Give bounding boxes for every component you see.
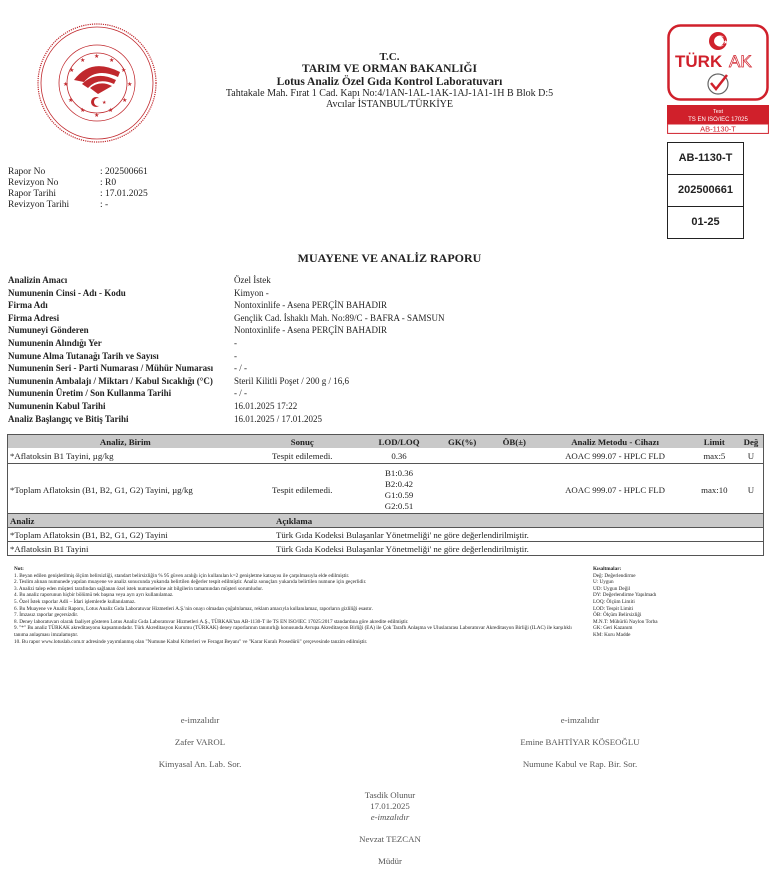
note-item: 6. Bu Muayene ve Analiz Raporu, Lotus An… xyxy=(14,606,574,613)
note-item: 7. İmzasız raporlar geçersizdir. xyxy=(14,612,574,619)
info-label: Firma Adı xyxy=(8,299,234,312)
info-row: Numunenin Kabul Tarihi16.01.2025 17:22 xyxy=(8,400,445,413)
col-header: LOD/LOQ xyxy=(362,435,436,449)
col-header: Analiz Metodu - Cihazı xyxy=(540,435,689,449)
abbreviation-item: ÖB: Ölçüm Belirsizliği xyxy=(593,612,658,619)
lab-city: Avcılar İSTANBUL/TÜRKİYE xyxy=(0,99,779,110)
col-header: GK(%) xyxy=(436,435,488,449)
info-value: Gençlik Cad. İshaklı Mah. No:89/C - BAFR… xyxy=(234,312,445,325)
info-row: Numunenin Ambalajı / Miktarı / Kabul Sıc… xyxy=(8,375,445,388)
cell-lod: 0.36 xyxy=(362,448,436,464)
lab-name: Lotus Analiz Özel Gıda Kontrol Laboratuv… xyxy=(0,76,779,89)
info-row: Numunenin Üretim / Son Kullanma Tarihi- … xyxy=(8,387,445,400)
note-item: 3. Analizi talep eden müşteri tarafından… xyxy=(14,586,574,593)
info-label: Numunenin Cinsi - Adı - Kodu xyxy=(8,287,234,300)
svg-text:TÜRK: TÜRK xyxy=(675,52,723,71)
info-row: Numunenin Cinsi - Adı - KoduKimyon - xyxy=(8,287,445,300)
abbreviation-item: KM: Kuru Madde xyxy=(593,632,658,639)
info-label: Numunenin Kabul Tarihi xyxy=(8,400,234,413)
col-header: Değ xyxy=(739,435,764,449)
abbreviations: Kısaltmalar: Değ: DeğerlendirmeU: UygunU… xyxy=(593,566,658,639)
meta-label: Rapor No xyxy=(8,167,100,178)
signatory-name: Zafer VAROL xyxy=(120,737,280,748)
signatory-name: Nevzat TEZCAN xyxy=(310,834,470,845)
abbreviation-item: M.N.T: Mühürlü Naylon Torba xyxy=(593,619,658,626)
meta-value: : R0 xyxy=(100,178,116,189)
col-header: Sonuç xyxy=(243,435,362,449)
info-value: Nontoxinlife - Asena PERÇİN BAHADIR xyxy=(234,299,387,312)
info-value: Steril Kilitli Poşet / 200 g / 16,6 xyxy=(234,375,349,388)
accreditation-code-box: AB-1130-T 202500661 01-25 xyxy=(667,142,744,239)
lab-header: T.C. TARIM VE ORMAN BAKANLIĞI Lotus Anal… xyxy=(0,52,779,110)
svg-text:Test: Test xyxy=(713,109,724,115)
accreditation-code: AB-1130-T xyxy=(668,143,743,175)
info-value: Özel İstek xyxy=(234,274,271,287)
cell-method: AOAC 999.07 - HPLC FLD xyxy=(540,464,689,517)
table-row: *Toplam Aflatoksin (B1, B2, G1, G2) Tayi… xyxy=(8,464,764,517)
col-header: Limit xyxy=(690,435,739,449)
abbreviation-item: Değ: Değerlendirme xyxy=(593,573,658,580)
table-row: *Aflatoksin B1 Tayini, µg/kg Tespit edil… xyxy=(8,448,764,464)
abbreviation-item: LOQ: Ölçüm Limiti xyxy=(593,599,658,606)
meta-value: : 17.01.2025 xyxy=(100,189,148,200)
signature-status: e-imzalıdır xyxy=(310,812,470,823)
svg-text:★: ★ xyxy=(723,39,728,46)
explanations-table: Analiz Açıklama *Toplam Aflatoksin (B1, … xyxy=(7,513,764,556)
meta-label: Revizyon No xyxy=(8,178,100,189)
cell-limit: max:5 xyxy=(690,448,739,464)
info-value: 16.01.2025 / 17.01.2025 xyxy=(234,413,322,426)
info-value: - xyxy=(234,337,237,350)
info-row: Numunenin Alındığı Yer- xyxy=(8,337,445,350)
info-label: Numunenin Ambalajı / Miktarı / Kabul Sıc… xyxy=(8,375,234,388)
note-item: 4. Bu analiz raporunun hiçbir bölümü tek… xyxy=(14,592,574,599)
approval-text: Tasdik Olunur xyxy=(310,790,470,801)
abbreviations-title: Kısaltmalar: xyxy=(593,566,658,573)
svg-text:TS EN ISO/IEC 17025: TS EN ISO/IEC 17025 xyxy=(688,117,748,123)
table-row: *Aflatoksin B1 Tayini Türk Gıda Kodeksi … xyxy=(8,542,764,556)
svg-text:AB-1130-T: AB-1130-T xyxy=(700,125,736,134)
abbreviation-item: U: Uygun xyxy=(593,579,658,586)
cell-analysis: *Aflatoksin B1 Tayini xyxy=(8,542,275,556)
col-header: Analiz, Birim xyxy=(8,435,243,449)
cell-analysis: *Toplam Aflatoksin (B1, B2, G1, G2) Tayi… xyxy=(8,528,275,542)
table-row: *Toplam Aflatoksin (B1, B2, G1, G2) Tayi… xyxy=(8,528,764,542)
cell-limit: max:10 xyxy=(690,464,739,517)
note-item: 10. Bu rapor www.lotuslab.com.tr adresin… xyxy=(14,639,574,646)
info-value: Kimyon - xyxy=(234,287,269,300)
sample-info: Analizin AmacıÖzel İstekNumunenin Cinsi … xyxy=(8,274,445,425)
info-row: Analiz Başlangıç ve Bitiş Tarihi16.01.20… xyxy=(8,413,445,426)
signatory-name: Emine BAHTİYAR KÖSEOĞLU xyxy=(480,737,680,748)
signature-status: e-imzalıdır xyxy=(480,715,680,726)
abbreviation-item: DY: Değerlendirme Yapılmadı xyxy=(593,592,658,599)
info-value: Nontoxinlife - Asena PERÇİN BAHADIR xyxy=(234,324,387,337)
signature-center: Tasdik Olunur 17.01.2025 e-imzalıdır Nev… xyxy=(310,790,470,867)
info-label: Numunenin Alındığı Yer xyxy=(8,337,234,350)
cell-lod: B1:0.36 B2:0.42 G1:0.59 G2:0.51 xyxy=(362,464,436,517)
abbreviation-item: GK: Geri Kazanım xyxy=(593,625,658,632)
header-tc: T.C. xyxy=(0,52,779,63)
note-item: 2. Teslim alınan numunede yapılan muayen… xyxy=(14,579,574,586)
info-row: Numuneyi GönderenNontoxinlife - Asena PE… xyxy=(8,324,445,337)
col-header: Açıklama xyxy=(274,514,764,528)
turkak-accreditation-logo: ★ TÜRK AK Test TS EN ISO/IEC 17025 AB-11… xyxy=(667,24,769,134)
svg-text:★: ★ xyxy=(94,112,99,119)
signature-left: e-imzalıdır Zafer VAROL Kimyasal An. Lab… xyxy=(120,715,280,781)
info-row: Numune Alma Tutanağı Tarih ve Sayısı- xyxy=(8,350,445,363)
svg-text:AK: AK xyxy=(729,52,752,71)
signatory-role: Müdür xyxy=(310,856,470,867)
results-header-row: Analiz, Birim Sonuç LOD/LOQ GK(%) ÖB(±) … xyxy=(8,435,764,449)
info-label: Firma Adresi xyxy=(8,312,234,325)
info-value: 16.01.2025 17:22 xyxy=(234,400,297,413)
info-value: - xyxy=(234,350,237,363)
info-label: Analiz Başlangıç ve Bitiş Tarihi xyxy=(8,413,234,426)
lod-value: B2:0.42 xyxy=(364,479,434,490)
signatory-role: Kimyasal An. Lab. Sor. xyxy=(120,759,280,770)
cell-evaluation: U xyxy=(739,464,764,517)
cell-gk xyxy=(436,448,488,464)
signature-right: e-imzalıdır Emine BAHTİYAR KÖSEOĞLU Numu… xyxy=(480,715,680,781)
meta-value: : - xyxy=(100,200,108,211)
results-table: Analiz, Birim Sonuç LOD/LOQ GK(%) ÖB(±) … xyxy=(7,434,764,517)
cell-evaluation: U xyxy=(739,448,764,464)
report-number-box: 202500661 xyxy=(668,175,743,207)
signatory-role: Numune Kabul ve Rap. Bir. Sor. xyxy=(480,759,680,770)
cell-explanation: Türk Gıda Kodeksi Bulaşanlar Yönetmeliği… xyxy=(274,528,764,542)
lod-value: G2:0.51 xyxy=(364,501,434,512)
cell-result: Tespit edilemedi. xyxy=(243,448,362,464)
meta-label: Rapor Tarihi xyxy=(8,189,100,200)
approval-date: 17.01.2025 xyxy=(310,801,470,812)
info-value: - / - xyxy=(234,387,247,400)
cell-method: AOAC 999.07 - HPLC FLD xyxy=(540,448,689,464)
lod-value: G1:0.59 xyxy=(364,490,434,501)
report-title: MUAYENE VE ANALİZ RAPORU xyxy=(0,251,779,266)
signature-status: e-imzalıdır xyxy=(120,715,280,726)
cell-analysis: *Toplam Aflatoksin (B1, B2, G1, G2) Tayi… xyxy=(8,464,243,517)
info-label: Numunenin Seri - Parti Numarası / Mühür … xyxy=(8,362,234,375)
info-row: Firma AdresiGençlik Cad. İshaklı Mah. No… xyxy=(8,312,445,325)
cell-analysis: *Aflatoksin B1 Tayini, µg/kg xyxy=(8,448,243,464)
notes: Not: 1. Beyan edilen genişletilmiş ölçüm… xyxy=(14,566,574,645)
cell-ob xyxy=(488,464,540,517)
cell-result: Tespit edilemedi. xyxy=(243,464,362,517)
lod-value: B1:0.36 xyxy=(364,468,434,479)
info-row: Analizin AmacıÖzel İstek xyxy=(8,274,445,287)
info-row: Numunenin Seri - Parti Numarası / Mühür … xyxy=(8,362,445,375)
meta-value: : 202500661 xyxy=(100,167,148,178)
meta-label: Revizyon Tarihi xyxy=(8,200,100,211)
note-item: 5. Özel İstek raporlar Adli – İdari işle… xyxy=(14,599,574,606)
col-header: Analiz xyxy=(8,514,275,528)
info-label: Analizin Amacı xyxy=(8,274,234,287)
cell-explanation: Türk Gıda Kodeksi Bulaşanlar Yönetmeliği… xyxy=(274,542,764,556)
info-label: Numuneyi Gönderen xyxy=(8,324,234,337)
info-label: Numunenin Üretim / Son Kullanma Tarihi xyxy=(8,387,234,400)
cell-gk xyxy=(436,464,488,517)
report-meta: Rapor No: 202500661 Revizyon No: R0 Rapo… xyxy=(8,167,148,211)
ministry-name: TARIM VE ORMAN BAKANLIĞI xyxy=(0,63,779,76)
info-row: Firma AdıNontoxinlife - Asena PERÇİN BAH… xyxy=(8,299,445,312)
period-code: 01-25 xyxy=(668,207,743,238)
notes-title: Not: xyxy=(14,566,574,573)
explanations-header-row: Analiz Açıklama xyxy=(8,514,764,528)
cell-ob xyxy=(488,448,540,464)
note-item: 9. "*" Bu analiz TÜRKAK akreditasyonu ka… xyxy=(14,625,574,638)
info-label: Numune Alma Tutanağı Tarih ve Sayısı xyxy=(8,350,234,363)
info-value: - / - xyxy=(234,362,247,375)
lab-address: Tahtakale Mah. Fırat 1 Cad. Kapı No:4/1A… xyxy=(0,88,779,99)
col-header: ÖB(±) xyxy=(488,435,540,449)
